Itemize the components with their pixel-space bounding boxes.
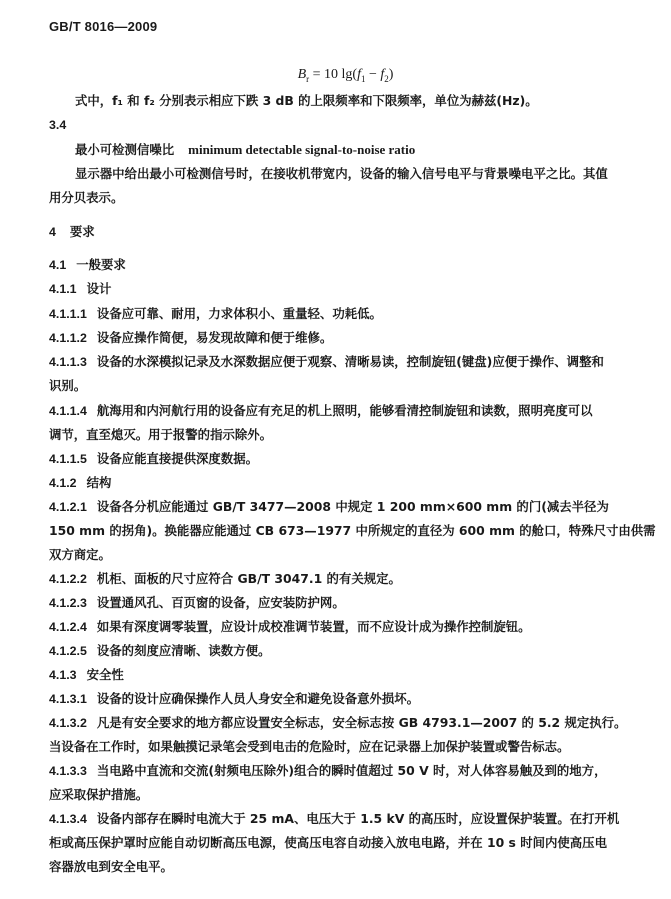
clause-line: 4.1.2.4如果有深度调零装置，应设计成校准调节装置，而不应设计成为操作控制旋… bbox=[49, 618, 629, 636]
clause-line: 4.1.1.1设备应可靠、耐用，力求体积小、重量轻、功耗低。 bbox=[49, 305, 629, 323]
clause-line-cont: 柜或高压保护罩时应能自动切断高压电源，使高压电容自动接入放电电路，并在 10 s… bbox=[49, 834, 629, 852]
clause-line: 4.1.3.2凡是有安全要求的地方都应设置安全标志，安全标志按 GB 4793.… bbox=[49, 714, 629, 732]
clause-num: 4.1.1.4 bbox=[49, 402, 87, 420]
bandwidth-formula: Br = 10 lg(f1 − f2) bbox=[0, 67, 671, 84]
clause-num: 4.1.2 bbox=[49, 474, 77, 492]
clause-num: 4.1.2.2 bbox=[49, 570, 87, 588]
subsection-heading: 4.1一般要求 bbox=[49, 256, 629, 274]
formula-lhs: B bbox=[298, 67, 307, 82]
clause-num: 4.1 bbox=[49, 256, 66, 274]
line-text: 如果有深度调零装置，应设计成校准调节装置，而不应设计成为操作控制旋钮。 bbox=[97, 619, 531, 634]
line-text: 设备各分机应能通过 GB/T 3477—2008 中规定 1 200 mm×60… bbox=[97, 499, 609, 514]
clause-line: 4.1.3.3当电路中直流和交流(射频电压除外)组合的瞬时值超过 50 V 时，… bbox=[49, 762, 629, 780]
line-text: 当电路中直流和交流(射频电压除外)组合的瞬时值超过 50 V 时，对人体容易触及… bbox=[97, 763, 607, 778]
line-text: 调节，直至熄灭。用于报警的指示除外。 bbox=[49, 427, 272, 442]
clause-num: 4.1.2.1 bbox=[49, 498, 87, 516]
clause-line-cont: 容器放电到安全电平。 bbox=[49, 858, 629, 876]
line-text: 凡是有安全要求的地方都应设置安全标志，安全标志按 GB 4793.1—2007 … bbox=[97, 715, 627, 730]
line-text: 设备的刻度应清晰、读数方便。 bbox=[97, 643, 270, 658]
clause-line: 4.1.2.5设备的刻度应清晰、读数方便。 bbox=[49, 642, 629, 660]
line-text: 设备的水深模拟记录及水深数据应便于观察、清晰易读，控制旋钮(键盘)应便于操作、调… bbox=[97, 354, 604, 369]
line-text: 航海用和内河航行用的设备应有充足的机上照明，能够看清控制旋钮和读数，照明亮度可以 bbox=[97, 403, 593, 418]
formula-explanation: 式中，f₁ 和 f₂ 分别表示相应下跌 3 dB 的上限频率和下限频率，单位为赫… bbox=[75, 92, 655, 110]
line-text: 双方商定。 bbox=[49, 547, 111, 562]
clause-line: 4.1.3.4设备内部存在瞬时电流大于 25 mA、电压大于 1.5 kV 的高… bbox=[49, 810, 629, 828]
clause-line-cont: 150 mm 的拐角)。换能器应能通过 CB 673—1977 中所规定的直径为… bbox=[49, 522, 629, 540]
clause-line-cont: 当设备在工作时，如果触摸记录笔会受到电击的危险时，应在记录器上加保护装置或警告标… bbox=[49, 738, 629, 756]
clause-num: 4.1.2.4 bbox=[49, 618, 87, 636]
clause-line: 4.1.2.1设备各分机应能通过 GB/T 3477—2008 中规定 1 20… bbox=[49, 498, 629, 516]
line-text: 识别。 bbox=[49, 378, 86, 393]
clause-num: 4.1.1.3 bbox=[49, 353, 87, 371]
term-zh: 最小可检测信噪比 bbox=[75, 142, 174, 157]
line-text: 显示器中给出最小可检测信号时，在接收机带宽内，设备的输入信号电平与背景噪电平之比… bbox=[75, 166, 608, 181]
line-text: 式中，f₁ 和 f₂ 分别表示相应下跌 3 dB 的上限频率和下限频率，单位为赫… bbox=[75, 93, 538, 108]
clause-num: 4.1.1 bbox=[49, 280, 77, 298]
heading-text: 一般要求 bbox=[76, 257, 126, 272]
formula-close: ) bbox=[389, 67, 394, 82]
line-text: 用分贝表示。 bbox=[49, 190, 123, 205]
heading-text: 设计 bbox=[87, 281, 112, 296]
clause-line: 4.1.1.4航海用和内河航行用的设备应有充足的机上照明，能够看清控制旋钮和读数… bbox=[49, 402, 629, 420]
heading-text: 结构 bbox=[87, 475, 112, 490]
clause-line: 4.1.2.2机柜、面板的尺寸应符合 GB/T 3047.1 的有关规定。 bbox=[49, 570, 629, 588]
line-text: 柜或高压保护罩时应能自动切断高压电源，使高压电容自动接入放电电路，并在 10 s… bbox=[49, 835, 607, 850]
clause-num: 4.1.1.2 bbox=[49, 329, 87, 347]
term-en: minimum detectable signal-to-noise ratio bbox=[188, 142, 415, 157]
line-text: 设置通风孔、百页窗的设备，应安装防护网。 bbox=[97, 595, 345, 610]
clause-line: 4.1.1.2设备应操作简便，易发现故障和便于维修。 bbox=[49, 329, 629, 347]
subsection-heading: 4.1.3安全性 bbox=[49, 666, 629, 684]
clause-number: 3.4 bbox=[49, 116, 629, 134]
clause-num: 4.1.3.3 bbox=[49, 762, 87, 780]
clause-line: 4.1.1.5设备应能直接提供深度数据。 bbox=[49, 450, 629, 468]
clause-num: 4.1.1.5 bbox=[49, 450, 87, 468]
document-page: GB/T 8016—2009 Br = 10 lg(f1 − f2) 式中，f₁… bbox=[0, 0, 671, 899]
clause-num: 4.1.3.2 bbox=[49, 714, 87, 732]
line-text: 设备应能直接提供深度数据。 bbox=[97, 451, 258, 466]
line-text: 设备内部存在瞬时电流大于 25 mA、电压大于 1.5 kV 的高压时，应设置保… bbox=[97, 811, 619, 826]
clause-num: 3.4 bbox=[49, 116, 66, 134]
line-text: 设备应操作简便，易发现故障和便于维修。 bbox=[97, 330, 332, 345]
clause-num: 4 bbox=[49, 223, 56, 241]
clause-num: 4.1.3.1 bbox=[49, 690, 87, 708]
clause-line: 4.1.1.3设备的水深模拟记录及水深数据应便于观察、清晰易读，控制旋钮(键盘)… bbox=[49, 353, 629, 371]
heading-text: 要求 bbox=[70, 224, 95, 239]
clause-line-cont: 应采取保护措施。 bbox=[49, 786, 629, 804]
clause-num: 4.1.3 bbox=[49, 666, 77, 684]
formula-rhs-prefix: = 10 lg( bbox=[309, 67, 357, 82]
line-text: 设备应可靠、耐用，力求体积小、重量轻、功耗低。 bbox=[97, 306, 382, 321]
line-text: 设备的设计应确保操作人员人身安全和避免设备意外损坏。 bbox=[97, 691, 419, 706]
line-text: 应采取保护措施。 bbox=[49, 787, 148, 802]
subsection-heading: 4.1.1设计 bbox=[49, 280, 629, 298]
clause-num: 4.1.2.5 bbox=[49, 642, 87, 660]
clause-line-cont: 调节，直至熄灭。用于报警的指示除外。 bbox=[49, 426, 629, 444]
clause-line-cont: 识别。 bbox=[49, 377, 629, 395]
definition-text-cont: 用分贝表示。 bbox=[49, 189, 629, 207]
definition-text: 显示器中给出最小可检测信号时，在接收机带宽内，设备的输入信号电平与背景噪电平之比… bbox=[75, 165, 655, 183]
clause-line: 4.1.3.1设备的设计应确保操作人员人身安全和避免设备意外损坏。 bbox=[49, 690, 629, 708]
line-text: 当设备在工作时，如果触摸记录笔会受到电击的危险时，应在记录器上加保护装置或警告标… bbox=[49, 739, 569, 754]
formula-minus: − bbox=[365, 67, 380, 82]
line-text: 容器放电到安全电平。 bbox=[49, 859, 173, 874]
term-heading: 最小可检测信噪比minimum detectable signal-to-noi… bbox=[75, 141, 655, 159]
clause-line-cont: 双方商定。 bbox=[49, 546, 629, 564]
section-heading: 4要求 bbox=[49, 223, 629, 241]
line-text: 机柜、面板的尺寸应符合 GB/T 3047.1 的有关规定。 bbox=[97, 571, 401, 586]
subsection-heading: 4.1.2结构 bbox=[49, 474, 629, 492]
clause-num: 4.1.2.3 bbox=[49, 594, 87, 612]
heading-text: 安全性 bbox=[87, 667, 124, 682]
standard-code-header: GB/T 8016—2009 bbox=[49, 19, 157, 34]
line-text: 150 mm 的拐角)。换能器应能通过 CB 673—1977 中所规定的直径为… bbox=[49, 523, 656, 538]
clause-line: 4.1.2.3设置通风孔、百页窗的设备，应安装防护网。 bbox=[49, 594, 629, 612]
clause-num: 4.1.3.4 bbox=[49, 810, 87, 828]
clause-num: 4.1.1.1 bbox=[49, 305, 87, 323]
